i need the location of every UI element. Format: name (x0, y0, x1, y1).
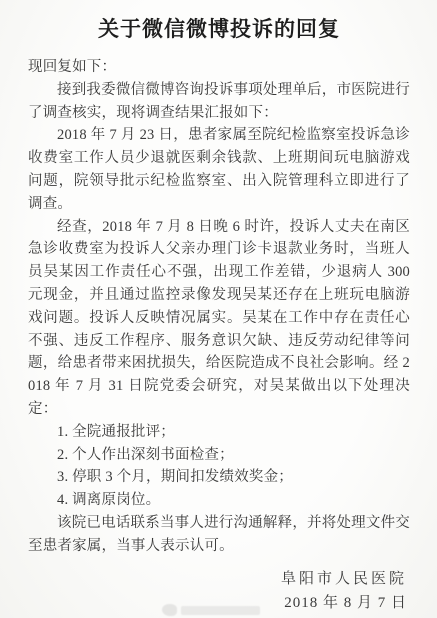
paragraph-closing: 该院已电话联系当事人进行沟通解释，并将处理文件交至患者家属，当事人表示认可。 (28, 512, 410, 558)
decision-item-3: 3. 停职 3 个月，期间扣发绩效奖金； (28, 466, 410, 489)
paragraph-receipt: 接到我委微信微博咨询投诉事项处理单后，市医院进行了调查核实，现将调查结果汇报如下… (28, 79, 410, 125)
document-page: 关于微信微博投诉的回复 现回复如下： 接到我委微信微博咨询投诉事项处理单后，市医… (0, 0, 437, 618)
paragraph-investigation: 经查，2018 年 7 月 8 日晚 6 时许，投诉人丈夫在南区急诊收费室为投诉… (28, 216, 410, 421)
paragraph-complaint: 2018 年 7 月 23 日，患者家属至院纪检监察室投诉急诊收费室工作人员少退… (28, 124, 410, 215)
watermark-bird-icon (162, 604, 177, 616)
reply-intro-line: 现回复如下： (28, 56, 410, 79)
decision-item-1: 1. 全院通报批评； (28, 421, 410, 444)
signature-date: 2018 年 8 月 7 日 (281, 592, 407, 616)
document-title: 关于微信微博投诉的回复 (28, 14, 410, 44)
signature-org: 阜阳市人民医院 (281, 568, 407, 592)
watermark-logo (162, 601, 260, 618)
signature-block: 阜阳市人民医院 2018 年 8 月 7 日 (281, 568, 407, 615)
decision-item-2: 2. 个人作出深刻书面检查； (28, 444, 410, 467)
decision-item-4: 4. 调离原岗位。 (28, 489, 410, 512)
watermark-text-blur (181, 606, 260, 615)
